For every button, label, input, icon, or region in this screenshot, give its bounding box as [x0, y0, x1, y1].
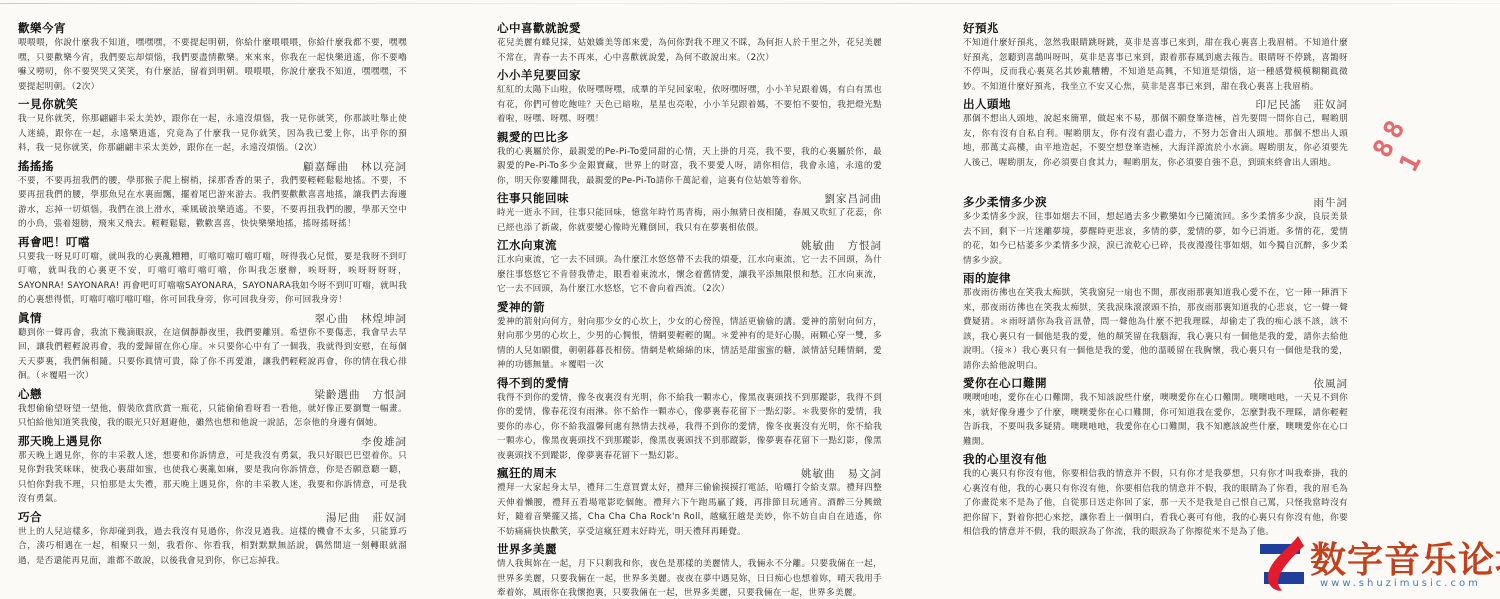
song-title: 多少柔情多少淚 [963, 194, 1047, 210]
song-entry: 多少柔情多少淚 雨牛詞 多少柔情多少淚，往事如烟去不回，想起過去多少歡樂如今已隨… [963, 194, 1348, 268]
song-entry: 搖搖搖 顧嘉輝曲林以亮詞 不要，不要再扭我們的腰，學那猴子爬上樹梢，採那香香的果… [18, 158, 407, 232]
composer-credit: 湯尼曲 [326, 512, 361, 524]
song-credits [870, 544, 882, 556]
song-header: 歡樂今宵 [18, 20, 407, 36]
song-title: 歡樂今宵 [18, 20, 66, 36]
song-title: 江水向東流 [497, 237, 557, 253]
song-title: 得不到的愛情 [497, 375, 569, 391]
song-lyrics: 世上的人兒這樣多，你却碰到我，過去我沒有見過你，你沒見過我。這樣的機會不太多，只… [18, 525, 407, 569]
song-title: 心戀 [18, 386, 42, 402]
song-header: 雨的旋律 [963, 270, 1348, 286]
song-title: 再會吧！叮噹 [18, 234, 90, 250]
song-lyrics: 不要，不要再扭我們的腰，學那猴子爬上樹梢，採那香香的果子，我們要輕輕鬆鬆地搖。不… [18, 174, 407, 232]
song-title: 愛神的箭 [497, 299, 545, 315]
song-lyrics: 我的心裏屬於你，最親愛的Pe-Pi-To愛同甜的心情，天上掛的月亮，我不要，我的… [497, 145, 882, 189]
song-lyrics: 多少柔情多少淚，往事如烟去不回，想起過去多少歡樂如今已隨流回。多少柔情多少淚，良… [963, 210, 1348, 268]
song-title: 心中喜歡就說愛 [497, 20, 581, 36]
song-credits: 雨牛詞 [1302, 195, 1349, 210]
song-header: 眞情 翠心曲林煌坤詞 [18, 310, 407, 326]
song-header: 往事只能回味 劉家昌詞曲 [497, 190, 882, 206]
lyrics-column-3: 好預兆 不知道什麼好預兆，忽然我眼睛跳呀跳，莫非是喜事已來到，甜在我心裏喜上我眉… [963, 20, 1348, 542]
song-header: 搖搖搖 顧嘉輝曲林以亮詞 [18, 158, 407, 174]
song-title: 一見你就笑 [18, 96, 78, 112]
song-credits: 印尼民謠莊奴詞 [1256, 97, 1349, 112]
song-entry: 心戀 梁齡選曲方恨詞 我想偷偷望呀望一望他，假裝欣賞欣賞一瓶花，只能偷偷看呀看一… [18, 386, 407, 431]
song-credits [870, 302, 882, 314]
song-title: 瘋狂的周末 [497, 465, 557, 481]
song-credits [870, 70, 882, 82]
lyricist-credit: 方恨詞 [373, 389, 408, 401]
song-title: 好預兆 [963, 20, 999, 36]
lyricist-credit: 易文詞 [848, 468, 883, 480]
song-header: 世界多美麗 [497, 541, 882, 557]
song-title: 世界多美麗 [497, 541, 557, 557]
song-credits [870, 378, 882, 390]
song-entry: 世界多美麗 情人我與妳在一起，月下只剩我和你，夜色是那樣的美麗情人，我倆永不分離… [497, 541, 882, 599]
song-credits [1336, 273, 1348, 285]
song-lyrics: 花兒美麗有蝶兒採，姑娘嬌美等郎來愛，為何你對我不理又不睬，為何拒人於千里之外，花… [497, 36, 882, 65]
song-entry: 心中喜歡就說愛 花兒美麗有蝶兒採，姑娘嬌美等郎來愛，為何你對我不理又不睬，為何拒… [497, 20, 882, 65]
song-lyrics: 我一見你就笑，你那翩翩丰采太美妙，跟你在一起，永遠沒煩惱，我一見你就笑，你那談吐… [18, 112, 407, 156]
song-credits [870, 132, 882, 144]
song-header: 多少柔情多少淚 雨牛詞 [963, 194, 1348, 210]
lyricist-credit: 林煌坤詞 [361, 313, 407, 325]
song-credits: 依風詞 [1302, 376, 1349, 391]
song-title: 出人頭地 [963, 96, 1011, 112]
song-credits: 姚敏曲易文詞 [801, 466, 882, 481]
song-lyrics: 那夜雨彷彿也在笑我太痴獃，笑我窗兒一扇也不開，那夜雨那裏知道我心愛不在，它一陣一… [963, 286, 1348, 373]
lyrics-sheet: 歡樂今宵 喂喂喂，你說什麼我不知道，嘿嘿嘿，不要提起明朝，你給什麼喂喂喂，你給什… [0, 0, 1500, 599]
song-header: 我的心里沒有他 [963, 451, 1348, 467]
composer-credit: 翠心曲 [315, 313, 350, 325]
composer-credit: 梁齡選曲 [315, 389, 361, 401]
lyricist-credit: 莊奴詞 [1314, 99, 1349, 111]
song-entry: 小小羊兒要回家 紅紅的太陽下山啦，依呀嘿呀嘿，成羣的羊兒回家啦，依呀嘿呀嘿，小小… [497, 67, 882, 127]
lyricist-credit: 林以亮詞 [361, 161, 407, 173]
song-header: 那天晚上遇見你 李俊雄詞 [18, 433, 407, 449]
song-lyrics: 我得不到你的愛情，像冬夜裏沒有光明，你不給我一顆赤心，像黑夜裏頭找不到那蹤影，我… [497, 391, 882, 464]
song-header: 再會吧！叮噹 [18, 234, 407, 250]
song-entry: 一見你就笑 我一見你就笑，你那翩翩丰采太美妙，跟你在一起，永遠沒煩惱，我一見你就… [18, 96, 407, 156]
song-credits [395, 23, 407, 35]
song-header: 一見你就笑 [18, 96, 407, 112]
lyricist-credit: 莊奴詞 [373, 512, 408, 524]
song-header: 得不到的愛情 [497, 375, 882, 391]
song-entry: 出人頭地 印尼民謠莊奴詞 那個不想出人頭地，說起來簡單，做起來不易，那個不願登峯… [963, 96, 1348, 170]
song-title: 愛你在心口難開 [963, 375, 1047, 391]
song-entry: 江水向東流 姚敏曲方恨詞 江水向東流，它一去不回頭。為什麼江水悠悠帶不去我的煩憂… [497, 237, 882, 297]
song-header: 瘋狂的周末 姚敏曲易文詞 [497, 465, 882, 481]
composer-credit: 姚敏曲 [801, 240, 836, 252]
lyricist-credit: 依風詞 [1314, 378, 1349, 390]
red-ink-stamp: 88 1 [1367, 104, 1452, 181]
composer-credit: 顧嘉輝曲 [303, 161, 349, 173]
song-header: 心戀 梁齡選曲方恨詞 [18, 386, 407, 402]
song-entry: 親愛的巴比多 我的心裏屬於你，最親愛的Pe-Pi-To愛同甜的心情，天上掛的月亮… [497, 129, 882, 189]
lyricist-credit: 雨牛詞 [1314, 197, 1349, 209]
song-credits [1336, 23, 1348, 35]
song-entry: 我的心里沒有他 我的心裏只有你沒有他，你要相信我的情意并不假，只有你才是我夢想，… [963, 451, 1348, 540]
song-credits [395, 237, 407, 249]
song-lyrics: 噢噢吔吔，愛你在心口難開，我不知該說些什麼，噢噢愛你在心口難開。噢噢吔吔，一天見… [963, 391, 1348, 449]
song-title: 巧合 [18, 509, 42, 525]
song-lyrics: 江水向東流，它一去不回頭。為什麼江水悠悠帶不去我的煩憂，江水向東流，它一去不回頭… [497, 253, 882, 297]
song-entry: 瘋狂的周末 姚敏曲易文詞 禮拜一大家起身太早，禮拜二生意買賣太好，禮拜三偷偷摸摸… [497, 465, 882, 539]
song-title: 往事只能回味 [497, 190, 569, 206]
song-title: 那天晚上遇見你 [18, 433, 102, 449]
song-title: 小小羊兒要回家 [497, 67, 581, 83]
song-header: 親愛的巴比多 [497, 129, 882, 145]
composer-credit: 印尼民謠 [1256, 99, 1302, 111]
song-lyrics: 我想偷偷望呀望一望他，假裝欣賞欣賞一瓶花，只能偷偷看呀看一看他，就好像正要瀏覽一… [18, 402, 407, 431]
song-lyrics: 我的心裏只有你沒有他，你要相信我的情意并不假，只有你才是我夢想，只有你才叫我牽掛… [963, 467, 1348, 540]
song-credits [1336, 454, 1348, 466]
song-header: 巧合 湯尼曲莊奴詞 [18, 509, 407, 525]
song-lyrics: 那天晚上遇見你，你的丰采教人迷，想要和你訴情意，可是我沒有勇氣，我只好眼巴巴望着… [18, 449, 407, 507]
song-lyrics: 不知道什麼好預兆，忽然我眼睛跳呀跳，莫非是喜事已來到，甜在我心裏喜上我眉梢。不知… [963, 36, 1348, 94]
song-header: 心中喜歡就說愛 [497, 20, 882, 36]
song-header: 出人頭地 印尼民謠莊奴詞 [963, 96, 1348, 112]
song-entry: 愛你在心口難開 依風詞 噢噢吔吔，愛你在心口難開，我不知該說些什麼，噢噢愛你在心… [963, 375, 1348, 449]
song-credits: 劉家昌詞曲 [813, 191, 883, 206]
song-header: 江水向東流 姚敏曲方恨詞 [497, 237, 882, 253]
song-header: 好預兆 [963, 20, 1348, 36]
scan-edge-line [0, 3, 1500, 4]
song-lyrics: 情人我與妳在一起，月下只剩我和你，夜色是那樣的美麗情人，我倆永不分離。只要我倆在… [497, 557, 882, 599]
song-credits: 姚敏曲方恨詞 [801, 238, 882, 253]
song-lyrics: 那個不想出人頭地，說起來簡單，做起來不易，那個不願登峯造極，首先要問一問你自己，… [963, 112, 1348, 170]
song-title: 眞情 [18, 310, 42, 326]
song-title: 搖搖搖 [18, 158, 54, 174]
shuzimusic-logo-icon [1258, 532, 1308, 592]
song-entry: 雨的旋律 那夜雨彷彿也在笑我太痴獃，笑我窗兒一扇也不開，那夜雨那裏知道我心愛不在… [963, 270, 1348, 373]
song-entry: 眞情 翠心曲林煌坤詞 聽到你一聲再會，我流下幾滴眼淚，在這個靜靜夜里，我們要離別… [18, 310, 407, 384]
song-lyrics: 喂喂喂，你說什麼我不知道，嘿嘿嘿，不要提起明朝，你給什麼喂喂喂，你給什麼我都不要… [18, 36, 407, 94]
song-lyrics: 禮拜一大家起身太早，禮拜二生意買賣太好，禮拜三偷偷摸摸打電話，哈囉打令給支票。禮… [497, 481, 882, 539]
lyricist-credit: 李俊雄詞 [361, 436, 407, 448]
song-credits: 湯尼曲莊奴詞 [326, 510, 407, 525]
lyricist-credit: 方恨詞 [848, 240, 883, 252]
watermark-url: www.shuzimusic.com [1320, 578, 1481, 589]
lyrics-column-2: 心中喜歡就說愛 花兒美麗有蝶兒採，姑娘嬌美等郎來愛，為何你對我不理又不睬，為何拒… [497, 20, 882, 599]
song-lyrics: 時光一逝永不回，往事只能回味，憶當年時竹馬青梅，兩小無猜日夜相隨，春風又吹紅了花… [497, 206, 882, 235]
song-credits [395, 99, 407, 111]
song-lyrics: 聽到你一聲再會，我流下幾滴眼淚，在這個靜靜夜里，我們要離別。希望你不要傷悲，我會… [18, 326, 407, 384]
lyrics-column-1: 歡樂今宵 喂喂喂，你說什麼我不知道，嘿嘿嘿，不要提起明朝，你給什麼喂喂喂，你給什… [18, 20, 407, 570]
forum-watermark: 数字音乐论坛 www.shuzimusic.com [1258, 530, 1498, 599]
song-credits: 李俊雄詞 [349, 434, 407, 449]
song-header: 愛神的箭 [497, 299, 882, 315]
song-entry: 愛神的箭 愛神的箭射向何方，射向那少女的心坎上，少女的心徬徨，情話更偷偷的講。愛… [497, 299, 882, 373]
song-entry: 歡樂今宵 喂喂喂，你說什麼我不知道，嘿嘿嘿，不要提起明朝，你給什麼喂喂喂，你給什… [18, 20, 407, 94]
song-entry: 那天晚上遇見你 李俊雄詞 那天晚上遇見你，你的丰采教人迷，想要和你訴情意，可是我… [18, 433, 407, 507]
song-entry: 巧合 湯尼曲莊奴詞 世上的人兒這樣多，你却碰到我，過去我沒有見過你，你沒見過我。… [18, 509, 407, 569]
song-credits: 翠心曲林煌坤詞 [315, 311, 408, 326]
song-lyrics: 愛神的箭射向何方，射向那少女的心坎上，少女的心徬徨，情話更偷偷的講。愛神的箭射向… [497, 315, 882, 373]
song-title: 雨的旋律 [963, 270, 1011, 286]
song-lyrics: 紅紅的太陽下山啦，依呀嘿呀嘿，成羣的羊兒回家啦，依呀嘿呀嘿，小小羊兒跟着媽，有白… [497, 83, 882, 127]
song-lyrics: 只要我一呀見叮叮噹，就叫我的心裏亂糟糟，叮噹叮噹叮噹叮噹，呀得我心兒慌，要是我呀… [18, 250, 407, 308]
composer-credit: 姚敏曲 [801, 468, 836, 480]
song-entry: 好預兆 不知道什麼好預兆，忽然我眼睛跳呀跳，莫非是喜事已來到，甜在我心裏喜上我眉… [963, 20, 1348, 94]
lyricist-credit: 劉家昌詞曲 [825, 193, 883, 205]
song-credits: 顧嘉輝曲林以亮詞 [303, 159, 407, 174]
song-credits [870, 23, 882, 35]
watermark-title: 数字音乐论坛 [1310, 532, 1500, 583]
song-credits: 梁齡選曲方恨詞 [315, 387, 408, 402]
song-entry: 再會吧！叮噹 只要我一呀見叮叮噹，就叫我的心裏亂糟糟，叮噹叮噹叮噹叮噹，呀得我心… [18, 234, 407, 308]
song-header: 小小羊兒要回家 [497, 67, 882, 83]
song-title: 親愛的巴比多 [497, 129, 569, 145]
song-title: 我的心里沒有他 [963, 451, 1047, 467]
song-entry: 得不到的愛情 我得不到你的愛情，像冬夜裏沒有光明，你不給我一顆赤心，像黑夜裏頭找… [497, 375, 882, 464]
song-entry: 往事只能回味 劉家昌詞曲 時光一逝永不回，往事只能回味，憶當年時竹馬青梅，兩小無… [497, 190, 882, 235]
song-header: 愛你在心口難開 依風詞 [963, 375, 1348, 391]
